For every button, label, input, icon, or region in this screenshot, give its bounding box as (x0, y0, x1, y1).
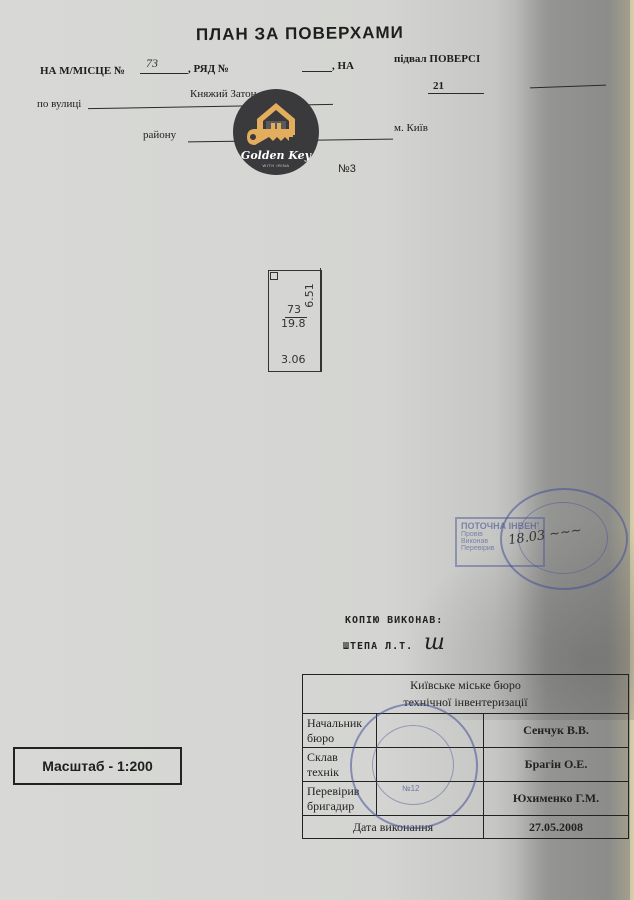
date-value: 27.05.2008 (484, 816, 629, 839)
floor-prefix: , НА (332, 60, 354, 72)
title-block-header: Київське міське бюро технічної інвентери… (303, 675, 629, 714)
sheet-number: №3 (338, 163, 356, 175)
copy-made-by-name: ШТЕПА Л.Т. (343, 641, 413, 652)
seal-number: №12 (402, 784, 419, 793)
unit-number: 73 (287, 303, 301, 316)
city-label: м. Київ (394, 122, 428, 134)
floor-label: підвал ПОВЕРСІ (394, 53, 480, 65)
unit-length: 6.51 (303, 283, 316, 308)
dimension-line (320, 268, 321, 372)
street-label: по вулиці (37, 98, 81, 110)
golden-key-watermark: Golden Key WITH IRINA (233, 89, 319, 175)
row-underline (302, 71, 332, 72)
floor-plan-unit: 73 19.8 6.51 3.06 (268, 270, 322, 372)
bureau-name: Київське міське бюро (307, 677, 624, 694)
place-value: 73 (146, 56, 158, 71)
name-technician: Брагін О.Е. (484, 748, 629, 782)
district-label: району (143, 129, 176, 141)
bureau-round-seal-inner (372, 725, 454, 805)
document-title: ПЛАН ЗА ПОВЕРХАМИ (196, 23, 404, 45)
logo-subtitle: WITH IRINA (233, 163, 319, 168)
name-foreman: Юхименко Г.М. (484, 782, 629, 816)
copy-made-by-label: КОПІЮ ВИКОНАВ: (345, 615, 443, 626)
scale-box: Масштаб - 1:200 (13, 747, 182, 785)
place-label: НА М/МІСЦЕ № (40, 65, 125, 77)
plan-corner-mark (270, 272, 278, 280)
street-value: Княжий Затон (190, 88, 257, 100)
house-number: 21 (433, 80, 444, 92)
place-underline (140, 73, 188, 74)
row-label: , РЯД № (188, 63, 229, 75)
name-head: Сенчук В.В. (484, 714, 629, 748)
house-underline (428, 93, 484, 94)
unit-area: 19.8 (281, 317, 306, 330)
table-row: Дата виконання 27.05.2008 (303, 816, 629, 839)
logo-brand: Golden Key (233, 149, 319, 162)
unit-width: 3.06 (281, 353, 306, 366)
bureau-subtitle: технічної інвентеризації (307, 694, 624, 711)
copy-signature: ш (424, 630, 445, 655)
